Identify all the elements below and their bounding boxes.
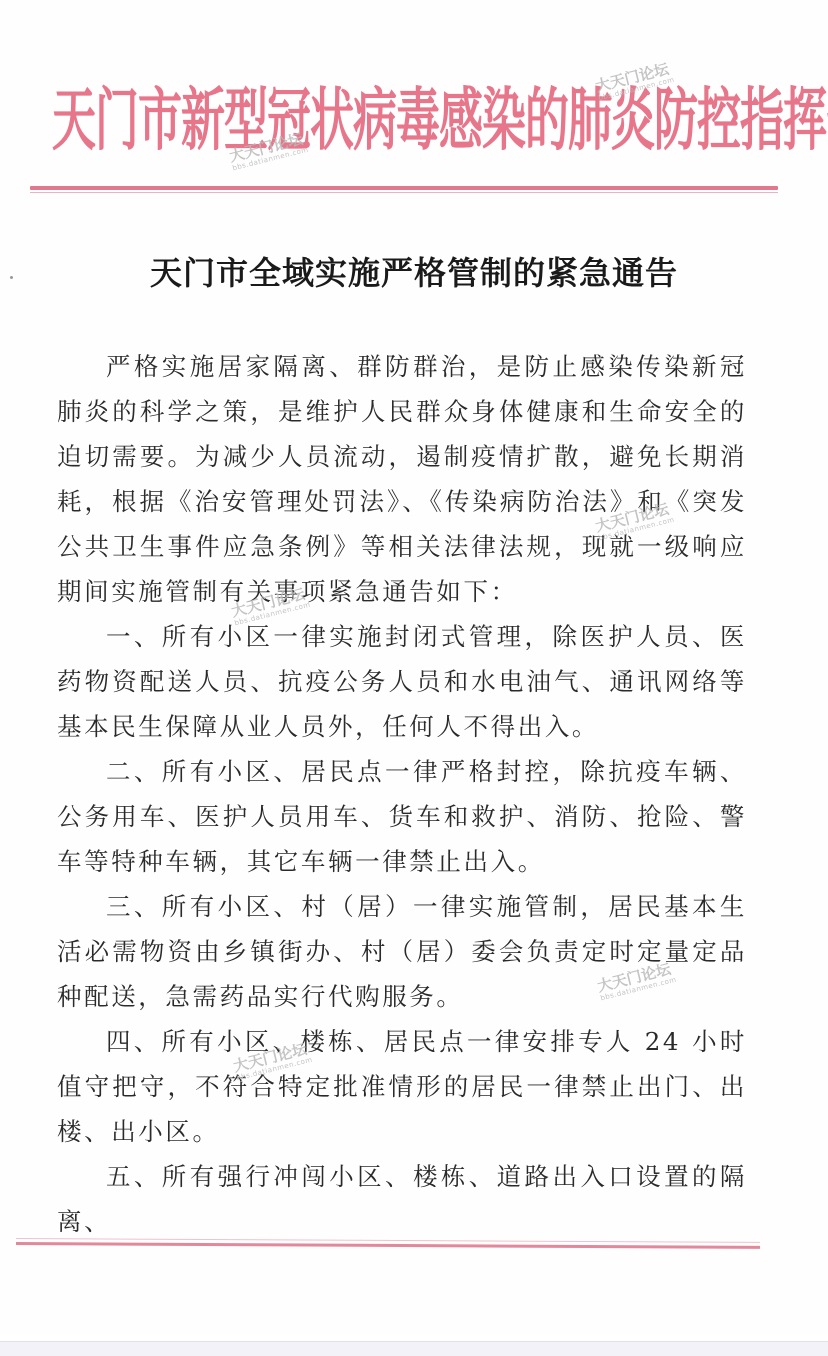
clause-4-paragraph: 四、所有小区、楼栋、居民点一律安排专人 24 小时值守把守，不符合特定批准情形的… xyxy=(57,1019,747,1154)
clause-5-paragraph: 五、所有强行冲闯小区、楼栋、道路出入口设置的隔离、 xyxy=(57,1154,747,1244)
notice-title: 天门市全域实施严格管制的紧急通告 xyxy=(0,248,828,298)
agency-letterhead: 天门市新型冠状病毒感染的肺炎防控指挥部 xyxy=(52,51,762,194)
clause-2-paragraph: 二、所有小区、居民点一律严格封控，除抗疫车辆、公务用车、医护人员用车、货车和救护… xyxy=(57,749,747,884)
clause-1-paragraph: 一、所有小区一律实施封闭式管理，除医护人员、医药物资配送人员、抗疫公务人员和水电… xyxy=(57,614,747,749)
preamble-paragraph: 严格实施居家隔离、群防群治，是防止感染传染新冠肺炎的科学之策，是维护人民群众身体… xyxy=(57,344,747,614)
letterhead-red-rule xyxy=(30,186,778,190)
document-page: 天门市新型冠状病毒感染的肺炎防控指挥部 天门市全域实施严格管制的紧急通告 严格实… xyxy=(0,0,828,1335)
clause-3-paragraph: 三、所有小区、村（居）一律实施管制，居民基本生活必需物资由乡镇街办、村（居）委会… xyxy=(57,884,747,1019)
letterhead-thin-rule xyxy=(30,192,778,193)
notice-body: 严格实施居家隔离、群防群治，是防止感染传染新冠肺炎的科学之策，是维护人民群众身体… xyxy=(57,344,747,1244)
viewer-bottom-bar xyxy=(0,1341,828,1356)
